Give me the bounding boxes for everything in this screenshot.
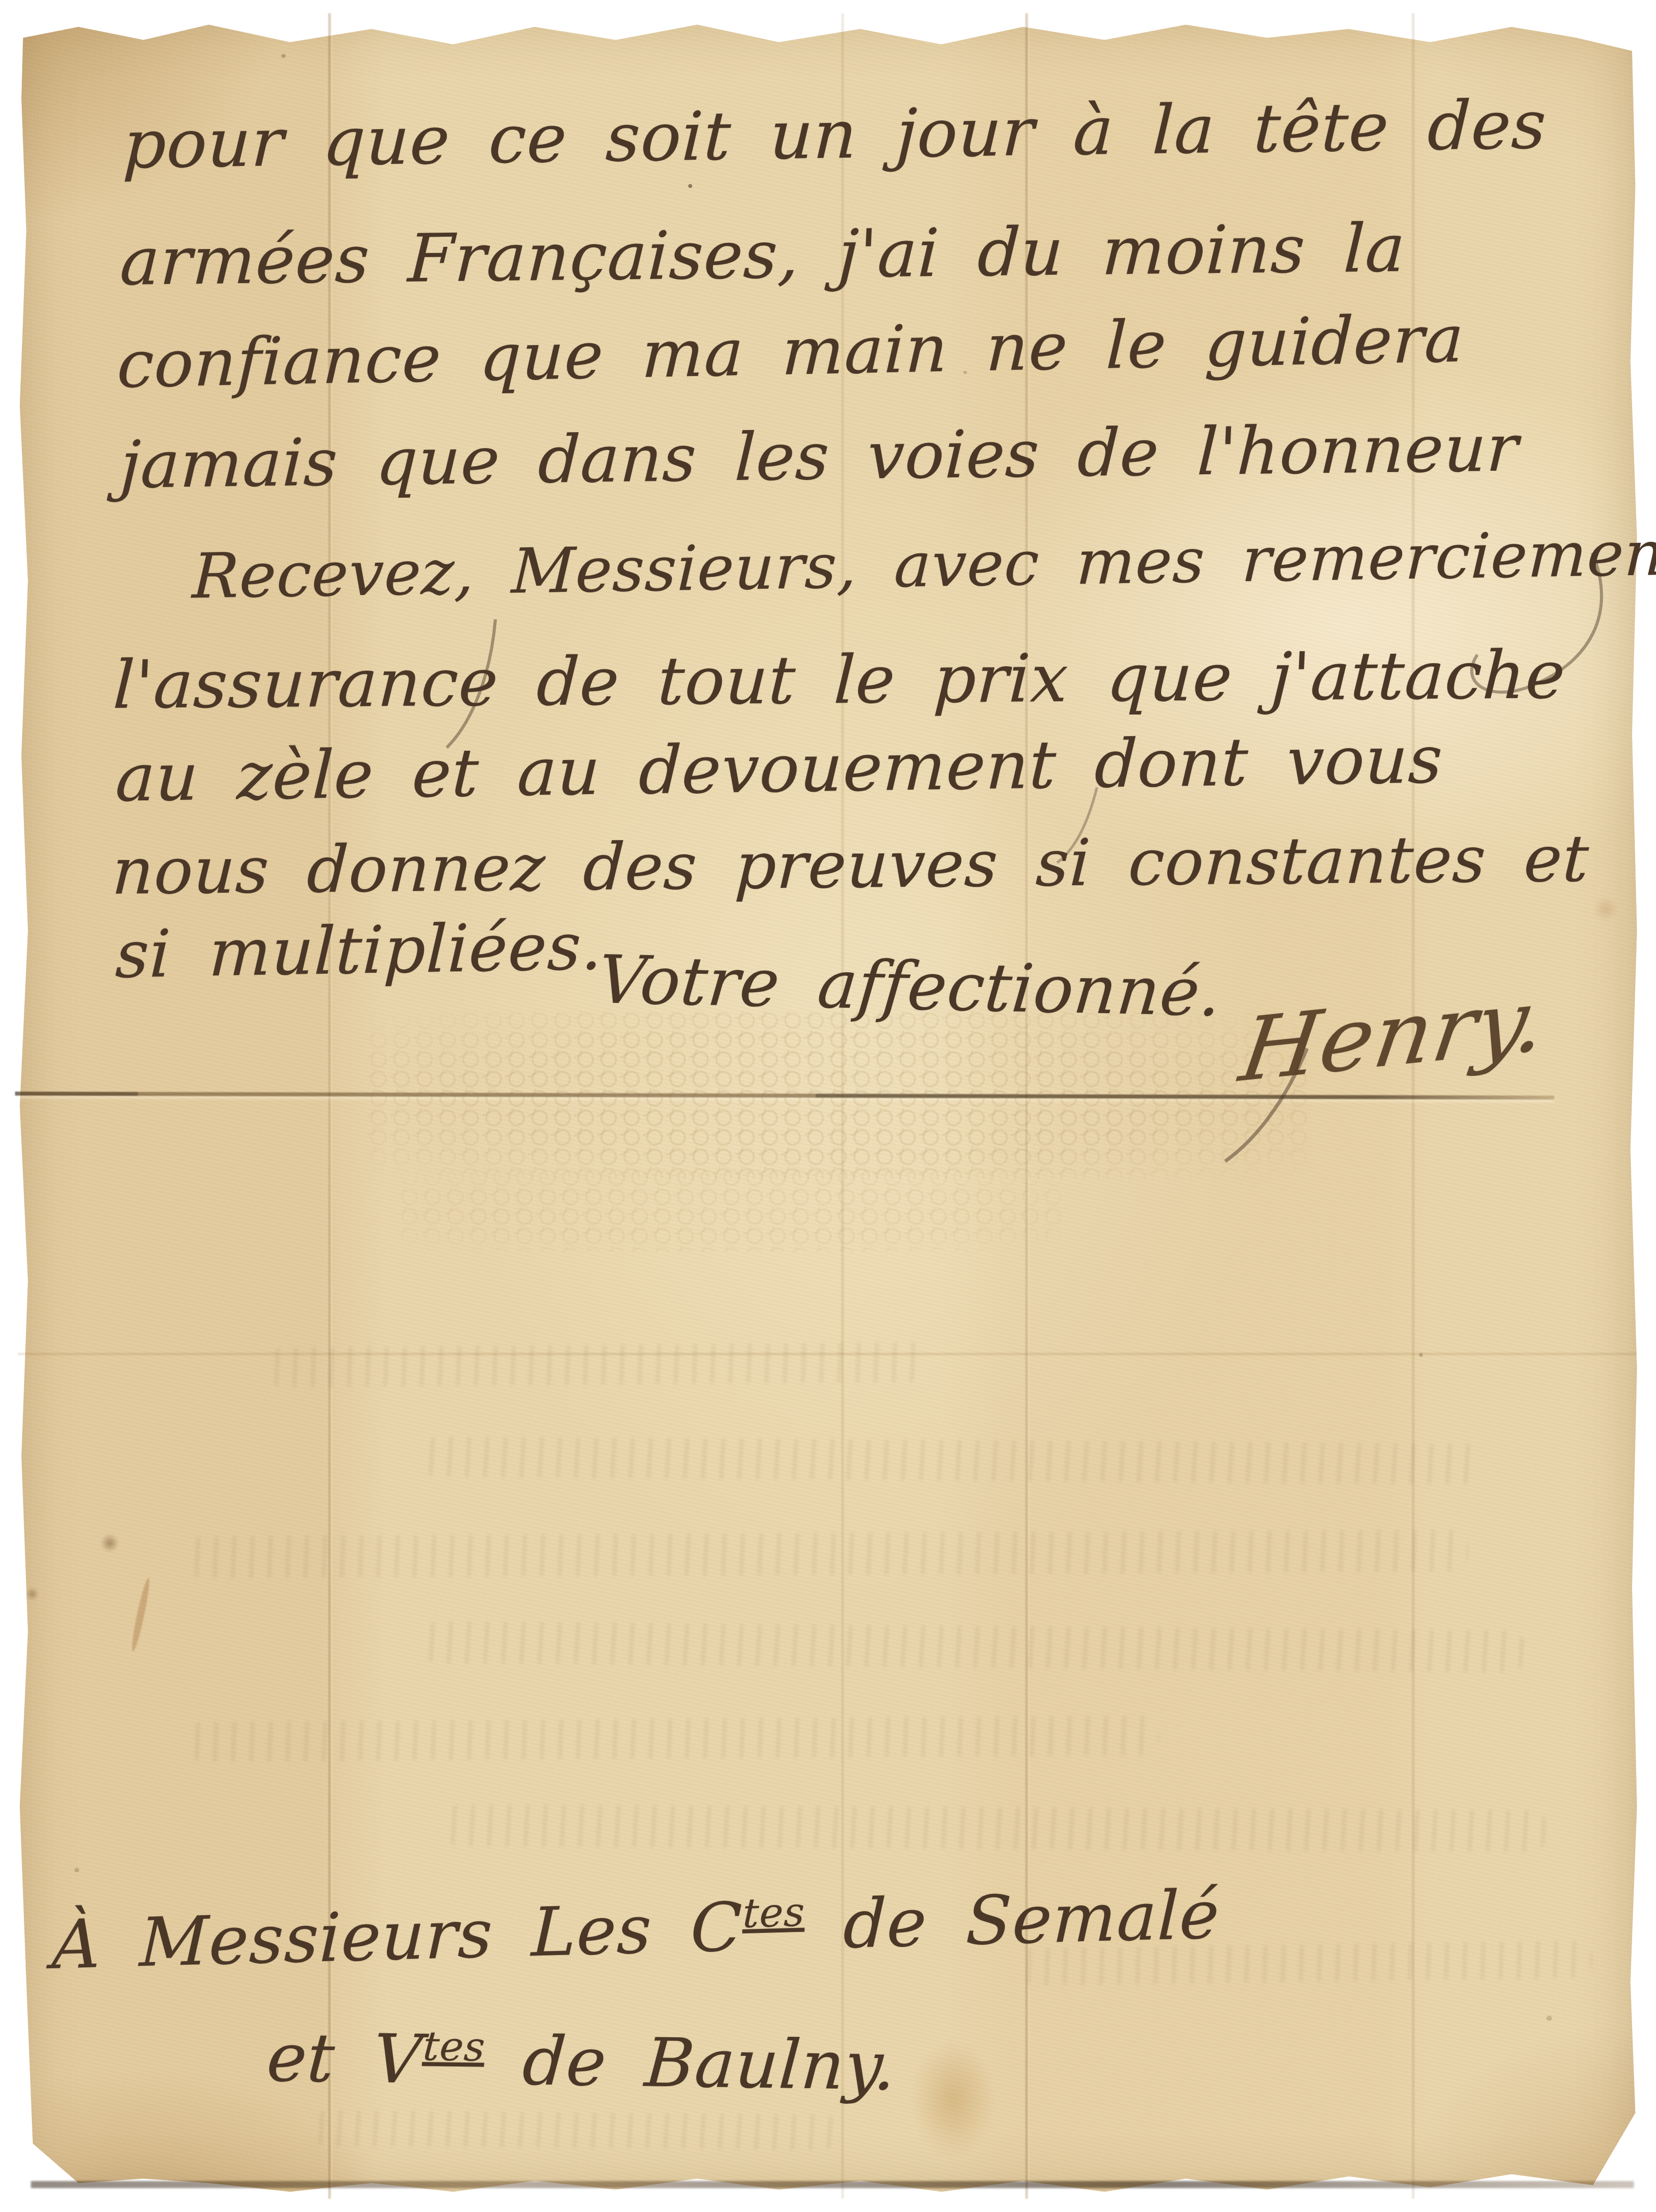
body-line-6: l'assurance de tout le prix que j'attach… <box>111 637 1567 724</box>
address-line-2-text: et V <box>264 2018 425 2099</box>
address-line-2-rest: de Baulny. <box>482 2021 899 2105</box>
address-line-2: et Vtes de Baulny. <box>264 2018 899 2105</box>
address-line-2-superscript: tes <box>422 2022 487 2070</box>
letter-scan: pour que ce soit un jour à la tête des a… <box>0 0 1656 2212</box>
closing-line: Votre affectionné. <box>595 941 1225 1032</box>
address-line-1-superscript: tes <box>742 1888 805 1937</box>
body-line-8: nous donnez des preuves si constantes et <box>111 821 1591 909</box>
address-line-1-rest: de Semalé <box>804 1875 1221 1964</box>
body-line-9: si multipliées. <box>114 908 604 993</box>
body-line-2: armées Françaises, j'ai du moins la <box>119 210 1407 300</box>
